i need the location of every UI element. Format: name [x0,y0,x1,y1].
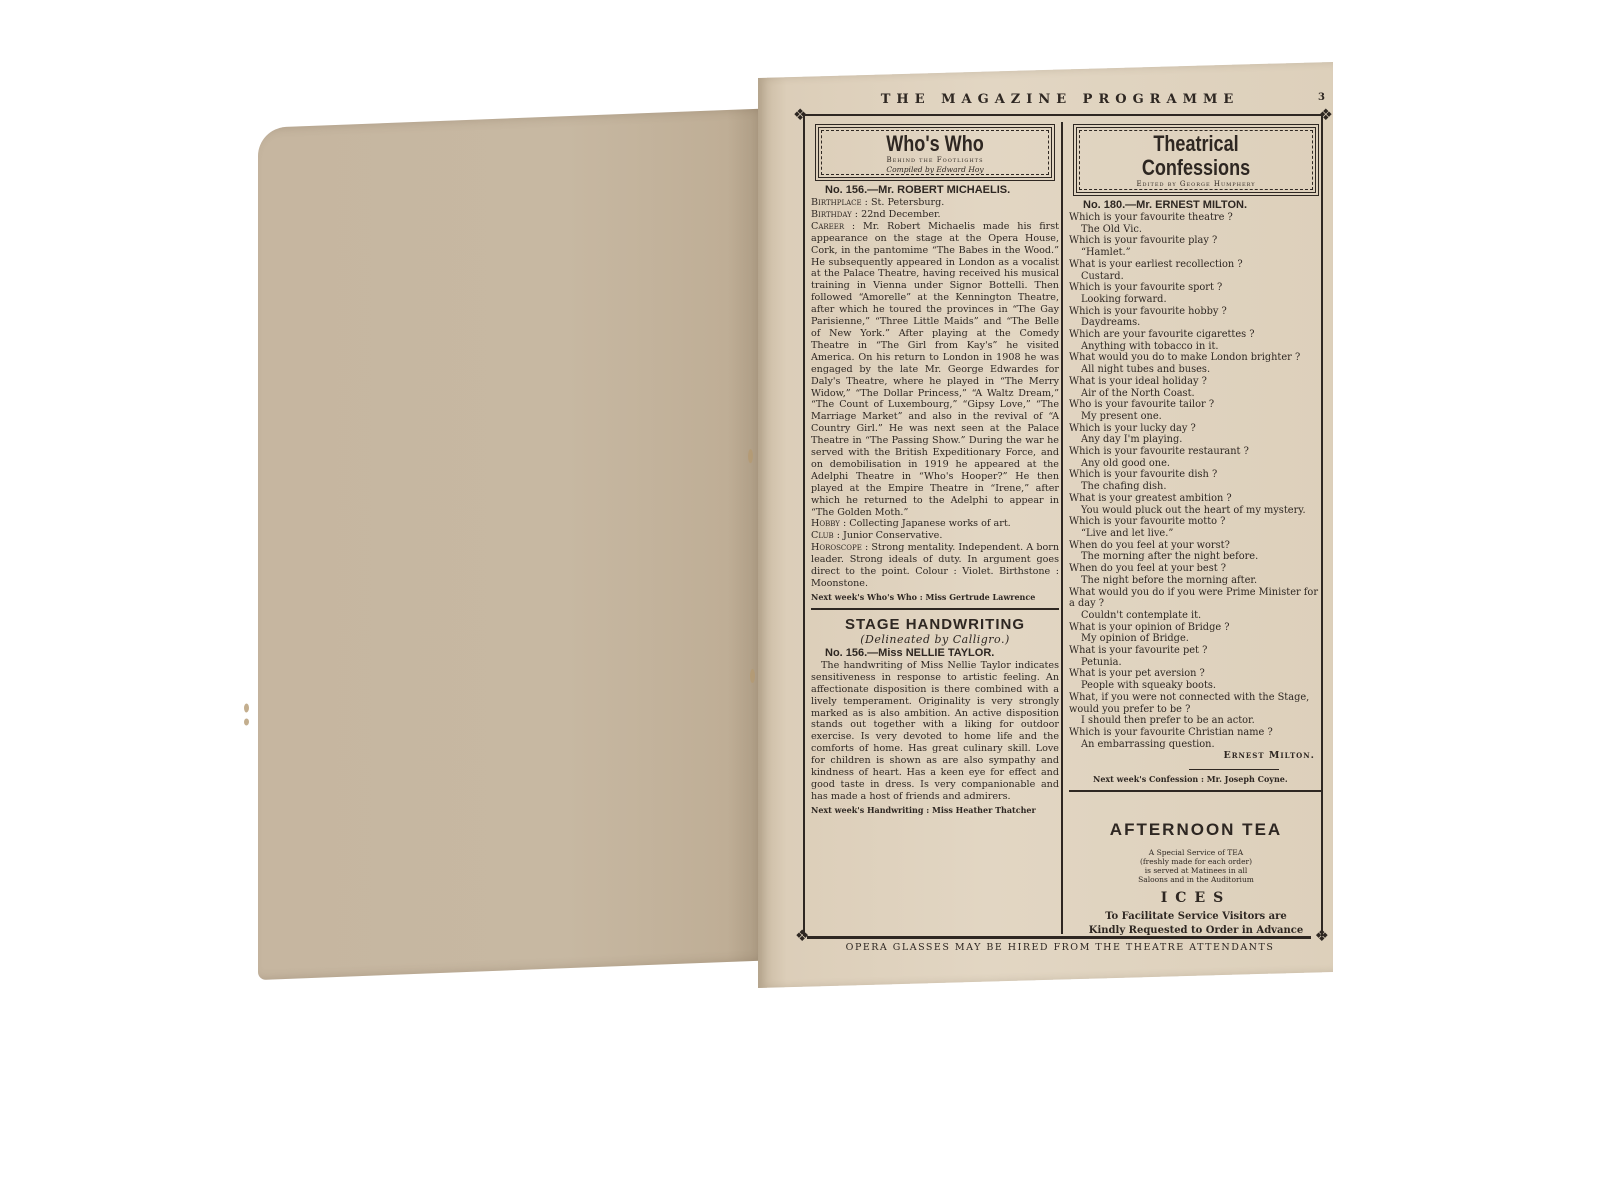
quatrefoil-ornament-icon: ❖ [793,107,807,123]
confession-question: Which is your favourite sport ? [1069,282,1323,294]
confession-answer: The chafing dish. [1069,481,1323,493]
quatrefoil-ornament-icon: ❖ [1319,107,1333,123]
whos-who-compiler: Compiled by Edward Hoy [821,165,1049,174]
confession-answer: An embarrassing question. [1069,739,1323,751]
field-birthplace: Birthplace : St. Petersburg. [811,197,1059,209]
left-blank-page [258,108,768,980]
confessions-qa-list: Which is your favourite theatre ?The Old… [1069,212,1323,750]
right-column: Theatrical Confessions Edited by George … [1061,122,1323,934]
field-label: Horoscope : [811,542,868,553]
confessions-number: No. 180.—Mr. ERNEST MILTON. [1083,199,1323,211]
confession-answer: Daydreams. [1069,317,1323,329]
confessions-editor: Edited by George Humphery [1079,180,1313,189]
confession-question: When do you feel at your best ? [1069,563,1323,575]
field-hobby: Hobby : Collecting Japanese works of art… [811,518,1059,530]
confession-question: When do you feel at your worst? [1069,540,1323,552]
tea-notice: To Facilitate Service Visitors are Kindl… [1069,910,1323,938]
confession-question: Which is your favourite restaurant ? [1069,446,1323,458]
stage-handwriting-next-week: Next week's Handwriting : Miss Heather T… [811,804,1059,816]
confession-question: What, if you were not connected with the… [1069,692,1323,715]
confessions-title-box: Theatrical Confessions Edited by George … [1073,124,1319,196]
bottom-rule [807,936,1311,939]
field-label: Career : [811,221,855,232]
whos-who-body: Birthplace : St. Petersburg. Birthday : … [811,197,1059,590]
confession-question: What is your earliest recollection ? [1069,259,1323,271]
afternoon-tea-title: AFTERNOON TEA [1069,820,1323,840]
field-career: Career : Mr. Robert Michaelis made his f… [811,221,1059,519]
running-head: THE MAGAZINE PROGRAMME 3 [795,92,1325,108]
whos-who-subtitle: Behind the Footlights [821,156,1049,165]
short-rule [1189,769,1279,770]
confession-answer: The night before the morning after. [1069,575,1323,587]
confession-answer: Custard. [1069,271,1323,283]
confession-answer: My opinion of Bridge. [1069,633,1323,645]
confession-question: Which is your favourite Christian name ? [1069,727,1323,739]
confession-answer: The morning after the night before. [1069,551,1323,563]
confession-question: Which are your favourite cigarettes ? [1069,329,1323,341]
stage-handwriting-body: The handwriting of Miss Nellie Taylor in… [811,660,1059,803]
field-label: Hobby : [811,518,846,529]
confession-answer: Looking forward. [1069,294,1323,306]
stain [748,449,753,463]
field-value: 22nd December. [861,209,941,220]
tea-line: Saloons and in the Auditorium [1069,875,1323,884]
confession-answer: All night tubes and buses. [1069,364,1323,376]
confession-question: Which is your favourite play ? [1069,235,1323,247]
confession-answer: Anything with tobacco in it. [1069,341,1323,353]
tea-line: A Special Service of TEA [1069,848,1323,857]
stage-handwriting-title: STAGE HANDWRITING [811,616,1059,633]
confession-question: Who is your favourite tailor ? [1069,399,1323,411]
confession-question: What is your opinion of Bridge ? [1069,622,1323,634]
confession-answer: People with squeaky boots. [1069,680,1323,692]
confession-question: What is your greatest ambition ? [1069,493,1323,505]
confession-question: Which is your favourite hobby ? [1069,306,1323,318]
whos-who-number: No. 156.—Mr. ROBERT MICHAELIS. [825,184,1059,196]
confession-answer: Couldn't contemplate it. [1069,610,1323,622]
tea-notice-line: To Facilitate Service Visitors are [1069,910,1323,924]
field-birthday: Birthday : 22nd December. [811,209,1059,221]
confession-answer: My present one. [1069,411,1323,423]
confession-question: What would you do if you were Prime Mini… [1069,587,1323,610]
confession-question: Which is your favourite motto ? [1069,516,1323,528]
left-column: Who's Who Behind the Footlights Compiled… [811,122,1059,816]
field-value: Collecting Japanese works of art. [849,518,1010,529]
field-value: St. Petersburg. [871,197,944,208]
stain [750,669,755,683]
afternoon-tea-lines: A Special Service of TEA (freshly made f… [1069,848,1323,884]
whos-who-next-week: Next week's Who's Who : Miss Gertrude La… [811,591,1059,603]
tea-line: (freshly made for each order) [1069,857,1323,866]
confession-answer: Any old good one. [1069,458,1323,470]
confession-question: What is your favourite pet ? [1069,645,1323,657]
field-club: Club : Junior Conservative. [811,530,1059,542]
field-value: Mr. Robert Michaelis made his first appe… [811,221,1059,518]
confession-answer: The Old Vic. [1069,224,1323,236]
ices-heading: ICES [1069,890,1323,906]
confession-answer: Any day I'm playing. [1069,434,1323,446]
section-divider [811,608,1059,610]
footer-notice: OPERA GLASSES MAY BE HIRED FROM THE THEA… [795,942,1325,953]
confession-question: Which is your favourite dish ? [1069,469,1323,481]
stage-handwriting-subtitle: (Delineated by Calligro.) [811,633,1059,646]
confession-question: What is your ideal holiday ? [1069,376,1323,388]
field-horoscope: Horoscope : Strong mentality. Independen… [811,542,1059,590]
field-label: Club : [811,530,840,541]
confessions-next-week: Next week's Confession : Mr. Joseph Coyn… [1093,773,1323,785]
stain [244,718,249,725]
confession-question: What would you do to make London brighte… [1069,352,1323,364]
page-frame: ❖ ❖ Who's Who Behind the Footlights Comp… [803,114,1323,936]
field-label: Birthplace : [811,197,868,208]
confessions-title: Theatrical Confessions [1100,132,1292,180]
confessions-signature: Ernest Milton. [1069,750,1315,761]
programme-page: THE MAGAZINE PROGRAMME 3 ❖ ❖ Who's Who B… [795,92,1325,952]
running-head-text: THE MAGAZINE PROGRAMME [881,92,1240,107]
field-label: Birthday : [811,209,858,220]
stain [244,703,249,712]
confession-answer: You would pluck out the heart of my myst… [1069,505,1323,517]
confession-answer: Air of the North Coast. [1069,388,1323,400]
confession-answer: Petunia. [1069,657,1323,669]
whos-who-title-box: Who's Who Behind the Footlights Compiled… [815,124,1055,181]
confession-answer: “Live and let live.” [1069,528,1323,540]
tea-line: is served at Matinees in all [1069,866,1323,875]
whos-who-title: Who's Who [842,132,1029,156]
section-divider [1069,790,1323,792]
confession-question: What is your pet aversion ? [1069,668,1323,680]
field-value: Junior Conservative. [843,530,942,541]
page-number: 3 [1318,92,1325,103]
confession-question: Which is your lucky day ? [1069,423,1323,435]
confession-answer: I should then prefer to be an actor. [1069,715,1323,727]
confession-answer: “Hamlet.” [1069,247,1323,259]
confession-question: Which is your favourite theatre ? [1069,212,1323,224]
stage-handwriting-number: No. 156.—Miss NELLIE TAYLOR. [825,647,1059,659]
